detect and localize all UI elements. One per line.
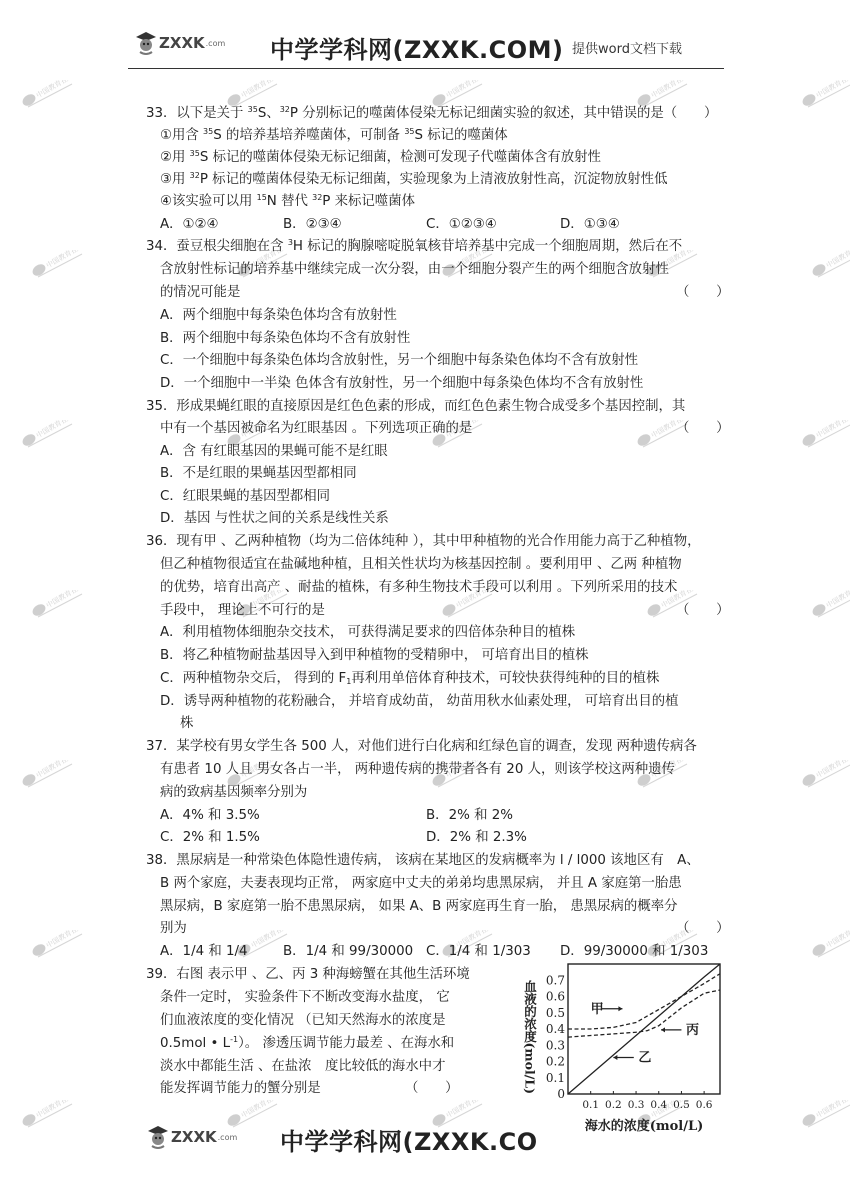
logo-com: .com bbox=[206, 39, 226, 48]
eol-watermark-icon: 中国教育在线 bbox=[20, 80, 76, 110]
option-d[interactable]: D．一个细胞中一半染 色体含有放射性，另一个细胞中每条染色体均不含有放射性 bbox=[160, 373, 643, 395]
question-stem: 有患者 10 人且 男女各占一半， 两种遗传病的携带者各有 20 人，则该学校这… bbox=[160, 759, 675, 781]
option-c[interactable]: C．两种植物杂交后， 得到的 F1再利用单倍体育种技术，可较快获得纯种的目的植株 bbox=[160, 668, 659, 690]
question-stem: 们血液浓度的变化情况 （已知天然海水的浓度是 bbox=[160, 1010, 445, 1032]
option-c[interactable]: C．红眼果蝇的基因型都相同 bbox=[160, 486, 330, 508]
mascot-graduation-cap-icon bbox=[134, 30, 158, 56]
site-subtitle: 提供word文档下载 bbox=[572, 38, 682, 57]
eol-watermark-icon: 中国教育在线 bbox=[20, 760, 76, 790]
svg-text:中国教育在线: 中国教育在线 bbox=[35, 80, 76, 100]
question-stem: 36．现有甲 、乙两种植物（均为二倍体纯种 ），其中甲种植物的光合作用能力高于乙… bbox=[146, 531, 700, 553]
option-d[interactable]: D．基因 与性状之间的关系是线性关系 bbox=[160, 508, 389, 530]
question-stem: 黑尿病，B 家庭第一胎不患黑尿病， 如果 A、B 两家庭再生育一胎， 患黑尿病的… bbox=[160, 896, 678, 918]
option-d[interactable]: D．①③④ bbox=[560, 214, 620, 236]
option-b[interactable]: B．将乙种植物耐盐基因导入到甲种植物的受精卵中， 可培育出目的植株 bbox=[160, 645, 589, 667]
svg-text:中国教育在线: 中国教育在线 bbox=[240, 1100, 281, 1120]
eol-watermark-icon: 中国教育在线 bbox=[30, 250, 86, 280]
svg-text:中国教育在线: 中国教育在线 bbox=[825, 590, 850, 610]
eol-watermark-icon: 中国教育在线 bbox=[810, 590, 850, 620]
question-stem: 但乙种植物很适宜在盐碱地种植，且相关性状均为核基因控制 。要利用甲 、乙两 种植… bbox=[160, 554, 682, 576]
answer-paren[interactable]: （ ） bbox=[676, 918, 730, 940]
option-b[interactable]: B．不是红眼的果蝇基因型都相同 bbox=[160, 463, 357, 485]
eol-watermark-icon: 中国教育在线 bbox=[810, 250, 850, 280]
answer-paren[interactable]: （ ） bbox=[676, 282, 730, 304]
option-a[interactable]: A．4% 和 3.5% bbox=[160, 805, 260, 827]
question-stem: 病的致病基因频率分别为 bbox=[160, 782, 307, 804]
option-a[interactable]: A．①②④ bbox=[160, 214, 219, 236]
svg-text:中国教育在线: 中国教育在线 bbox=[35, 760, 76, 780]
question-stem: 能发挥调节能力的蟹分别是 bbox=[160, 1078, 321, 1100]
svg-text:0.5: 0.5 bbox=[546, 1006, 565, 1020]
svg-text:0.1: 0.1 bbox=[546, 1071, 565, 1085]
svg-text:0.2: 0.2 bbox=[546, 1055, 565, 1069]
svg-text:血液的浓度(mol/L): 血液的浓度(mol/L) bbox=[523, 979, 538, 1094]
logo-text: ZXXK bbox=[159, 34, 205, 52]
option-d[interactable]: D．2% 和 2.3% bbox=[426, 827, 527, 849]
statement: ②用 35S 标记的噬菌体侵染无标记细菌，检测可发现子代噬菌体含有放射性 bbox=[160, 147, 601, 169]
eol-watermark-icon: 中国教育在线 bbox=[800, 1100, 850, 1130]
svg-text:0: 0 bbox=[557, 1087, 565, 1101]
option-b[interactable]: B．1/4 和 99/30000 bbox=[283, 941, 413, 963]
question-stem: 的优势，培育出高产 、耐盐的植株，有多种生物技术手段可以利用 。下列所采用的技术 bbox=[160, 577, 677, 599]
answer-paren[interactable]: （ ） bbox=[676, 418, 730, 440]
option-d-continued: 株 bbox=[180, 713, 193, 735]
answer-paren[interactable]: （ ） bbox=[405, 1078, 459, 1100]
svg-text:0.4: 0.4 bbox=[546, 1022, 565, 1036]
statement: ④该实验可以用 15N 替代 32P 来标记噬菌体 bbox=[160, 191, 415, 213]
option-c[interactable]: C．①②③④ bbox=[426, 214, 497, 236]
svg-text:中国教育在线: 中国教育在线 bbox=[45, 590, 86, 610]
svg-text:0.3: 0.3 bbox=[546, 1038, 565, 1052]
eol-watermark-icon: 中国教育在线 bbox=[20, 420, 76, 450]
site-title: 中学学科网(ZXXK.COM) bbox=[270, 30, 563, 65]
logo-com: .com bbox=[218, 1133, 238, 1142]
mascot-graduation-cap-icon bbox=[146, 1124, 170, 1150]
svg-text:0.2: 0.2 bbox=[605, 1099, 622, 1111]
question-stem: B 两个家庭，夫妻表现均正常， 两家庭中丈夫的弟弟均患黑尿病， 并且 A 家庭第… bbox=[160, 873, 682, 895]
svg-text:中国教育在线: 中国教育在线 bbox=[815, 1100, 850, 1120]
svg-text:甲: 甲 bbox=[591, 1002, 604, 1017]
eol-watermark-icon: 中国教育在线 bbox=[810, 930, 850, 960]
svg-text:0.3: 0.3 bbox=[628, 1099, 645, 1111]
eol-watermark-icon: 中国教育在线 bbox=[20, 1100, 76, 1130]
question-stem: 淡水中都能生活 、在盐浓 度比较低的海水中才 bbox=[160, 1056, 445, 1078]
option-c[interactable]: C．1/4 和 1/303 bbox=[426, 941, 531, 963]
option-c[interactable]: C．2% 和 1.5% bbox=[160, 827, 260, 849]
svg-text:中国教育在线: 中国教育在线 bbox=[445, 1100, 486, 1120]
svg-text:0.6: 0.6 bbox=[696, 1099, 713, 1111]
line-chart: 00.10.20.30.40.50.60.70.10.20.30.40.50.6… bbox=[520, 960, 730, 1145]
question-stem: 的情况可能是 bbox=[160, 282, 240, 304]
svg-text:中国教育在线: 中国教育在线 bbox=[815, 80, 850, 100]
question-stem: 含放射性标记的培养基中继续完成一次分裂，由一个细胞分裂产生的两个细胞含放射性 bbox=[160, 259, 669, 281]
svg-text:中国教育在线: 中国教育在线 bbox=[815, 760, 850, 780]
crab-blood-concentration-chart: 00.10.20.30.40.50.60.70.10.20.30.40.50.6… bbox=[520, 960, 730, 1145]
eol-watermark-icon: 中国教育在线 bbox=[800, 80, 850, 110]
option-d[interactable]: D．诱导两种植物的花粉融合， 并培育成幼苗， 幼苗用秋水仙素处理， 可培育出目的… bbox=[160, 691, 679, 713]
svg-text:中国教育在线: 中国教育在线 bbox=[650, 80, 691, 100]
eol-watermark-icon: 中国教育在线 bbox=[800, 760, 850, 790]
option-a[interactable]: A．两个细胞中每条染色体均含有放射性 bbox=[160, 305, 397, 327]
svg-text:乙: 乙 bbox=[638, 1051, 651, 1066]
footer-site-logo: ZXXK .com bbox=[146, 1124, 237, 1150]
svg-text:中国教育在线: 中国教育在线 bbox=[240, 80, 281, 100]
eol-watermark-icon: 中国教育在线 bbox=[800, 420, 850, 450]
svg-text:0.1: 0.1 bbox=[582, 1099, 599, 1111]
eol-watermark-icon: 中国教育在线 bbox=[30, 590, 86, 620]
eol-watermark-icon: 中国教育在线 bbox=[30, 930, 86, 960]
answer-paren[interactable]: （ ） bbox=[676, 600, 730, 622]
footer-site-title: 中学学科网(ZXXK.CO bbox=[280, 1122, 538, 1157]
svg-text:0.6: 0.6 bbox=[546, 990, 565, 1004]
option-a[interactable]: A．利用植物体细胞杂交技术， 可获得满足要求的四倍体杂种目的植株 bbox=[160, 622, 575, 644]
site-logo: ZXXK .com bbox=[134, 30, 225, 56]
question-stem: 39．右图 表示甲 、乙、丙 3 种海螃蟹在其他生活环境 bbox=[146, 964, 470, 986]
svg-text:中国教育在线: 中国教育在线 bbox=[45, 250, 86, 270]
svg-text:0.4: 0.4 bbox=[650, 1099, 667, 1111]
svg-text:中国教育在线: 中国教育在线 bbox=[35, 420, 76, 440]
svg-text:中国教育在线: 中国教育在线 bbox=[45, 930, 86, 950]
option-c[interactable]: C．一个细胞中每条染色体均含放射性，另一个细胞中每条染色体均不含有放射性 bbox=[160, 350, 638, 372]
svg-text:中国教育在线: 中国教育在线 bbox=[445, 80, 486, 100]
svg-text:中国教育在线: 中国教育在线 bbox=[825, 930, 850, 950]
statement: ①用含 35S 的培养基培养噬菌体，可制备 35S 标记的噬菌体 bbox=[160, 125, 508, 147]
statement: ③用 32P 标记的噬菌体侵染无标记细菌，实验现象为上清液放射性高，沉淀物放射性… bbox=[160, 169, 667, 191]
question-stem: 34．蚕豆根尖细胞在含 3H 标记的胸腺嘧啶脱氧核苷培养基中完成一个细胞周期，然… bbox=[146, 236, 682, 258]
option-b[interactable]: B．两个细胞中每条染色体均不含有放射性 bbox=[160, 328, 410, 350]
svg-text:0.7: 0.7 bbox=[546, 973, 565, 987]
question-stem: 35．形成果蝇红眼的直接原因是红色色素的形成，而红色色素生物合成受多个基因控制，… bbox=[146, 396, 685, 418]
question-stem: 别为 bbox=[160, 918, 187, 940]
question-stem: 条件一定时， 实验条件下不断改变海水盐度， 它 bbox=[160, 987, 450, 1009]
question-stem: 0.5mol • L-1）。 渗透压调节能力最差 、在海水和 bbox=[160, 1033, 454, 1055]
question-stem: 37．某学校有男女学生各 500 人，对他们进行白化病和红绿色盲的调查，发现 两… bbox=[146, 736, 697, 758]
option-a[interactable]: A．1/4 和 1/4 bbox=[160, 941, 248, 963]
svg-text:丙: 丙 bbox=[686, 1023, 699, 1038]
svg-text:0.5: 0.5 bbox=[673, 1099, 690, 1111]
logo-text: ZXXK bbox=[171, 1128, 217, 1146]
svg-text:海水的浓度(mol/L): 海水的浓度(mol/L) bbox=[585, 1118, 704, 1134]
svg-text:中国教育在线: 中国教育在线 bbox=[35, 1100, 76, 1120]
question-stem: 手段中， 理论上不可行的是 bbox=[160, 600, 325, 622]
page-header: ZXXK .com 中学学科网(ZXXK.COM) 提供word文档下载 bbox=[128, 22, 724, 69]
option-b[interactable]: B．2% 和 2% bbox=[426, 805, 513, 827]
option-b[interactable]: B．②③④ bbox=[283, 214, 342, 236]
question-stem: 33．以下是关于 35S、32P 分别标记的噬菌体侵染无标记细菌实验的叙述，其中… bbox=[146, 103, 717, 125]
svg-text:中国教育在线: 中国教育在线 bbox=[815, 420, 850, 440]
option-a[interactable]: A．含 有红眼基因的果蝇可能不是红眼 bbox=[160, 441, 388, 463]
question-stem: 中有一个基因被命名为红眼基因 。下列选项正确的是 bbox=[160, 418, 472, 440]
question-stem: 38．黑尿病是一种常染色体隐性遗传病， 该病在某地区的发病概率为 l / l00… bbox=[146, 850, 700, 872]
svg-text:中国教育在线: 中国教育在线 bbox=[825, 250, 850, 270]
